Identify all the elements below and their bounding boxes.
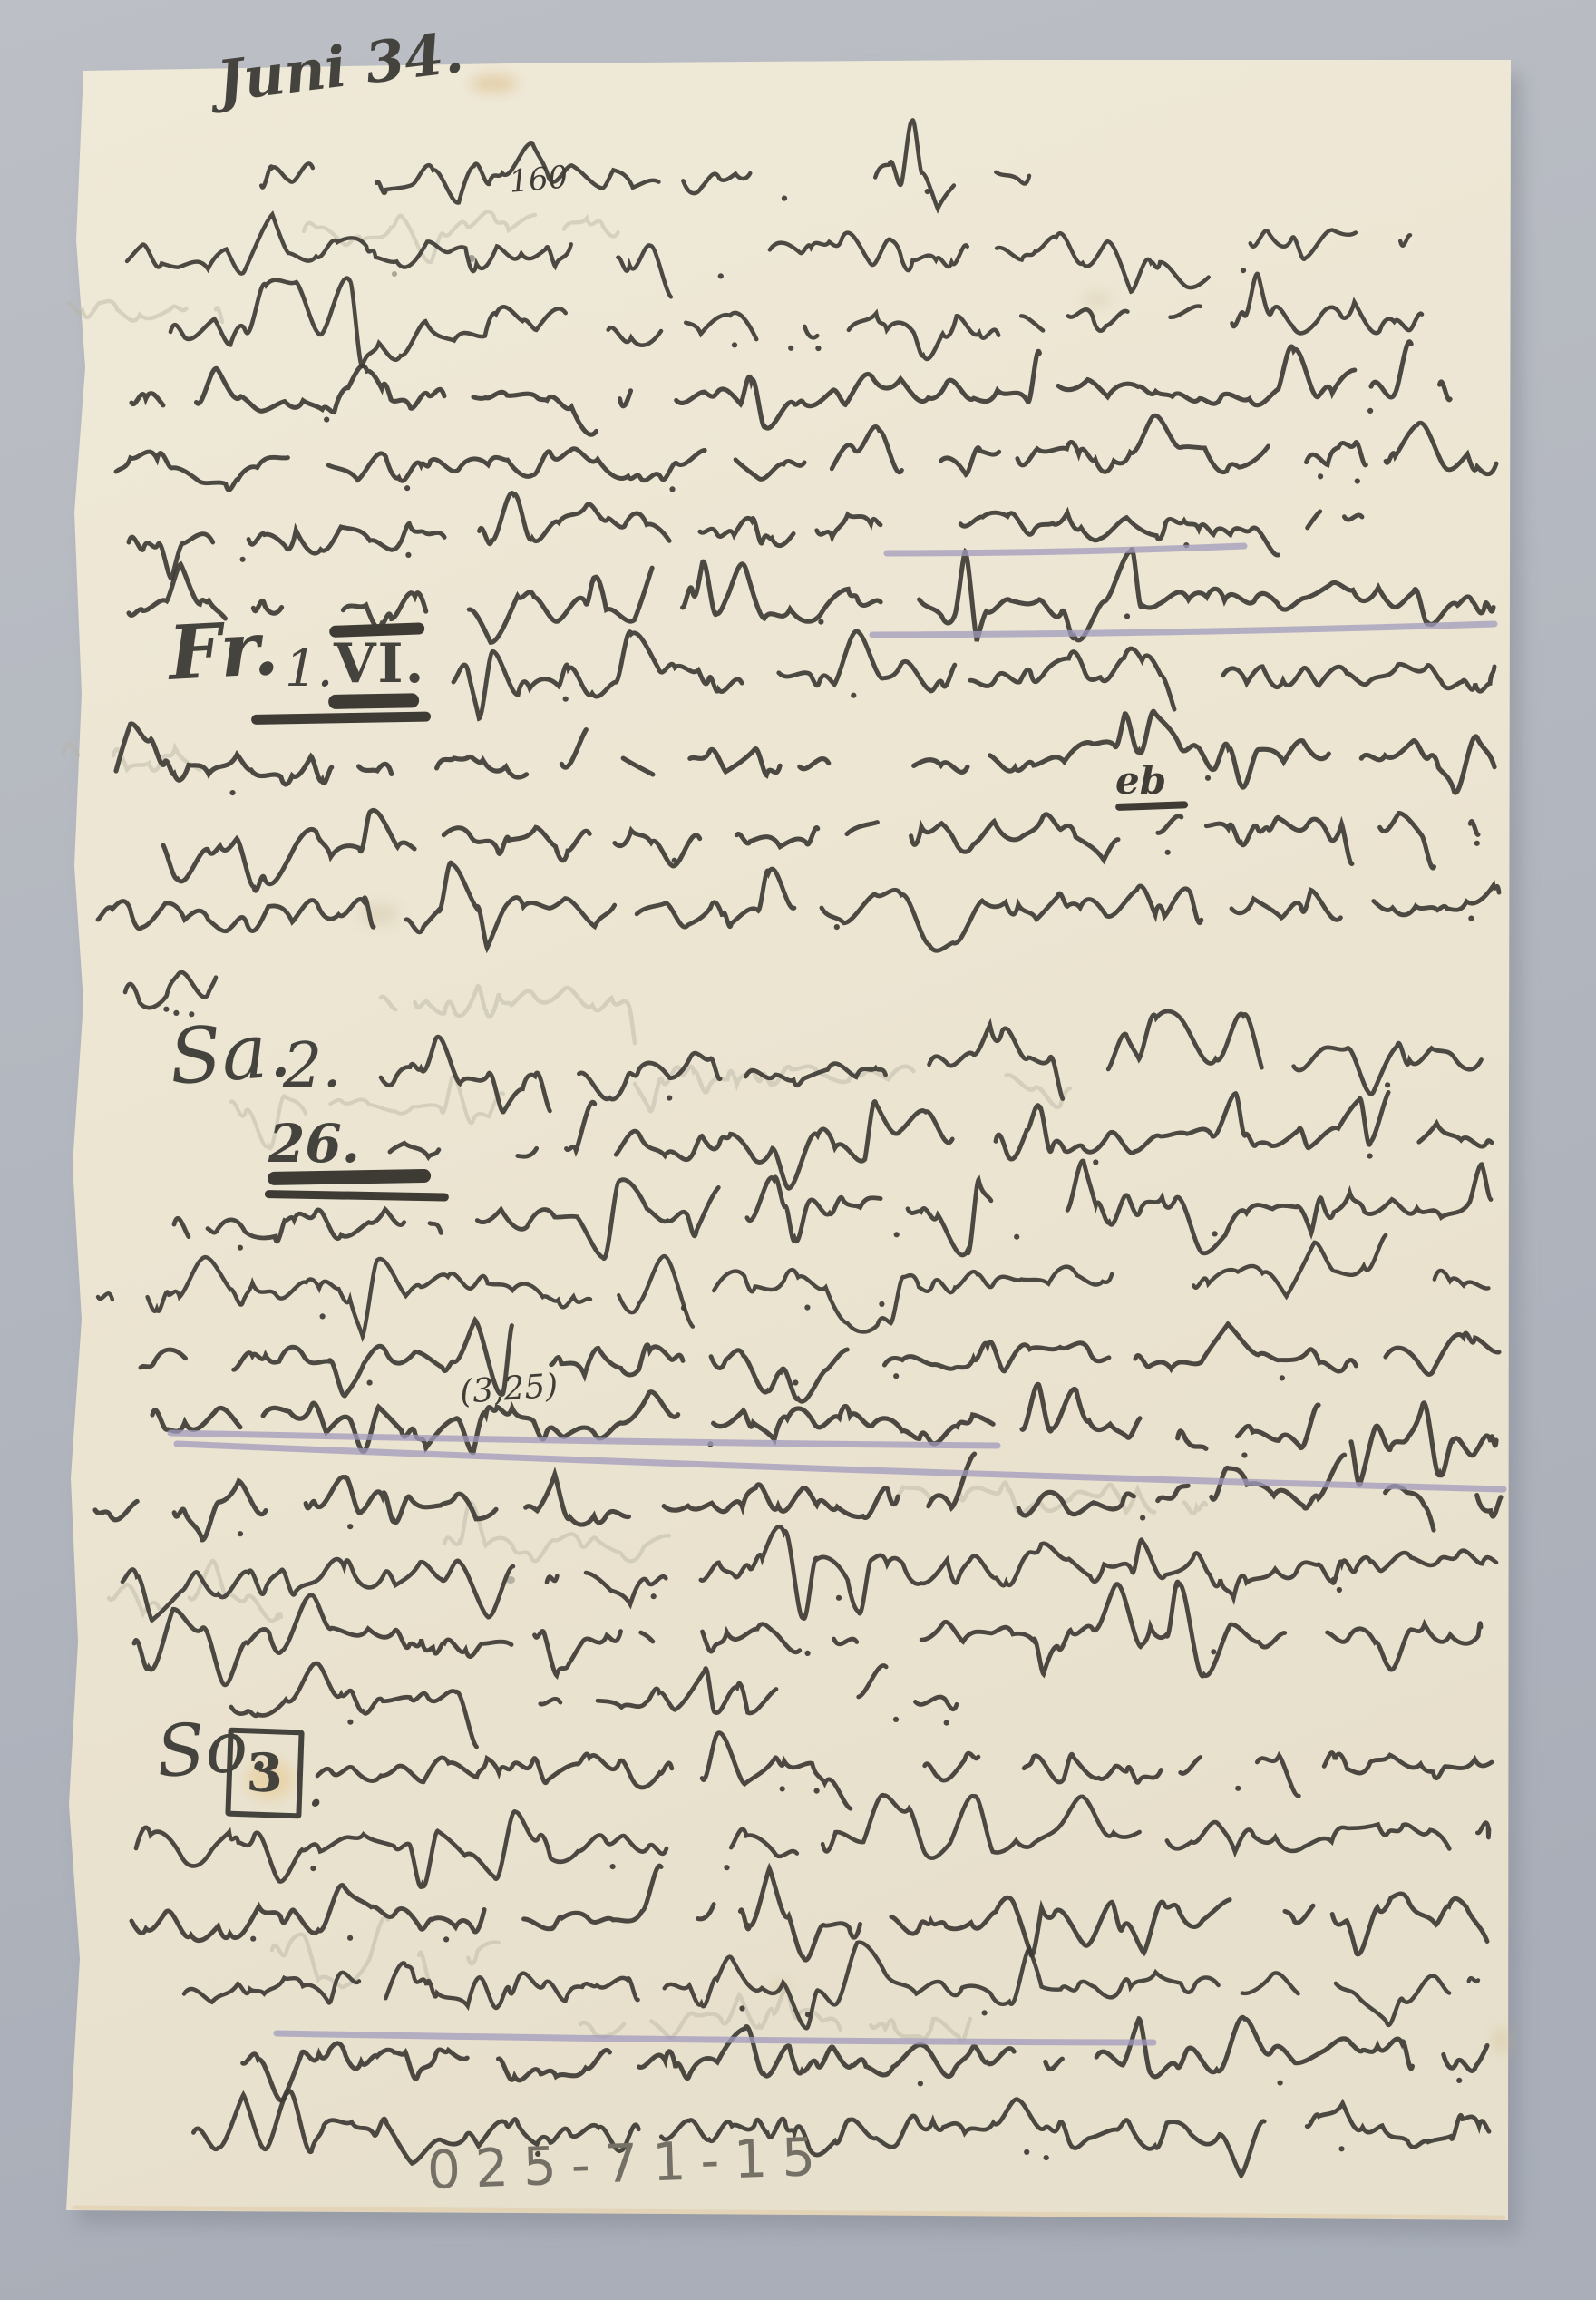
entry-friday-day-number: 1. — [285, 644, 333, 695]
marginal-number-26: 26. — [268, 1117, 360, 1170]
photo-backdrop: Juni 34. Fr. 1. VI. Sa. 2. 26. So. 3 . 1… — [0, 0, 1596, 2300]
boxed-day-number: 3 — [225, 1728, 304, 1819]
entry-friday-day-label: Fr. — [167, 611, 280, 691]
entry-saturday-day-number: 2. — [283, 1036, 342, 1097]
entry-friday-month-numeral: VI. — [334, 637, 426, 691]
entry-saturday-day-label: Sa. — [167, 1011, 294, 1096]
manuscript-scan — [0, 0, 1596, 2300]
legible-fragment-eb: eb — [1115, 762, 1166, 800]
legible-fragment-160: 160 — [508, 161, 569, 198]
boxed-number-period: . — [307, 1758, 325, 1816]
catalog-number: 025-71-15 — [426, 2129, 831, 2196]
legible-fragment-3-25: (3,25) — [459, 1369, 559, 1408]
